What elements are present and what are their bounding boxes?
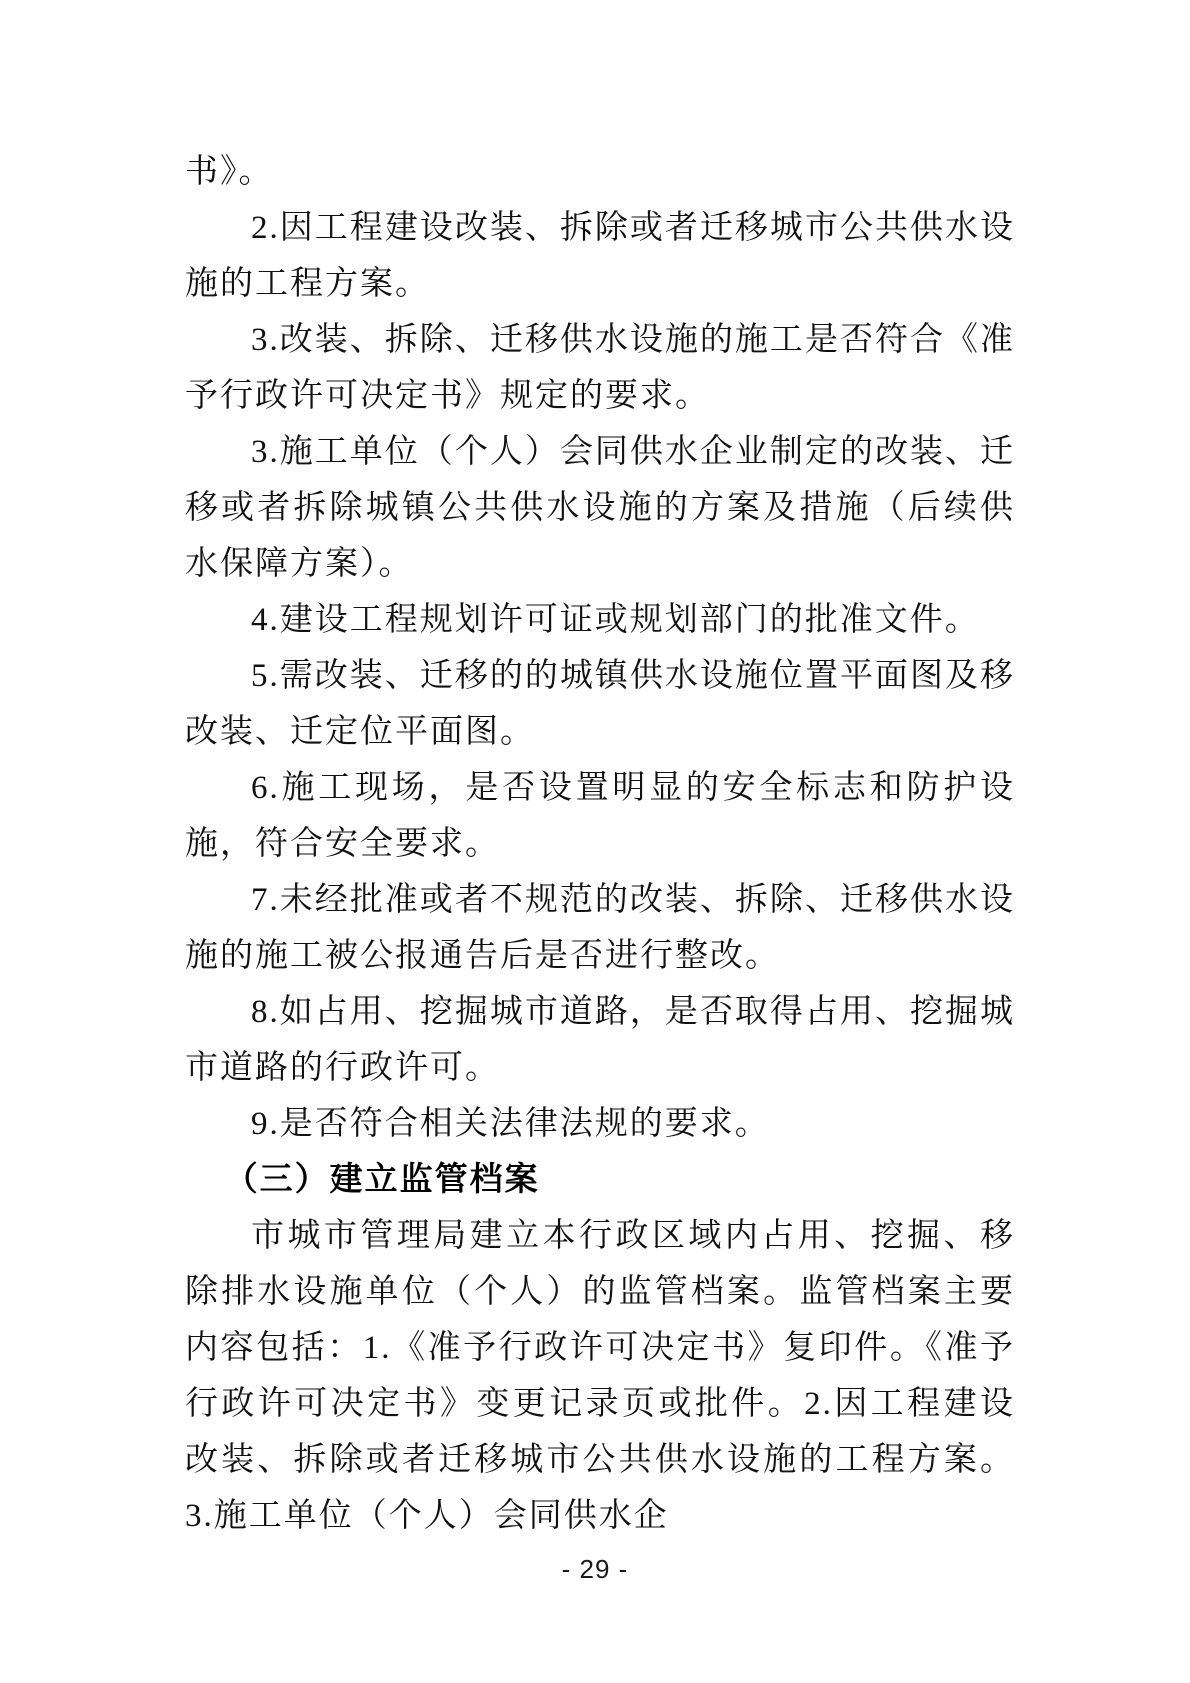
- paragraph: 7.未经批准或者不规范的改装、拆除、迁移供水设施的施工被公报通告后是否进行整改。: [185, 872, 1015, 984]
- document-page: 书》。2.因工程建设改装、拆除或者迁移城市公共供水设施的工程方案。3.改装、拆除…: [0, 0, 1190, 1683]
- section-heading: （三）建立监管档案: [185, 1152, 1015, 1208]
- page-footer: - 29 -: [0, 1552, 1190, 1586]
- paragraph: 3.施工单位（个人）会同供水企业制定的改装、迁移或者拆除城镇公共供水设施的方案及…: [185, 424, 1015, 592]
- paragraph: 4.建设工程规划许可证或规划部门的批准文件。: [185, 592, 1015, 648]
- paragraph: 5.需改装、迁移的的城镇供水设施位置平面图及移改装、迁定位平面图。: [185, 648, 1015, 760]
- page-number: - 29 -: [562, 1554, 629, 1584]
- paragraph: 市城市管理局建立本行政区域内占用、挖掘、移除排水设施单位（个人）的监管档案。监管…: [185, 1208, 1015, 1544]
- paragraph: 2.因工程建设改装、拆除或者迁移城市公共供水设施的工程方案。: [185, 200, 1015, 312]
- document-body: 书》。2.因工程建设改装、拆除或者迁移城市公共供水设施的工程方案。3.改装、拆除…: [185, 144, 1015, 1544]
- paragraph: 8.如占用、挖掘城市道路，是否取得占用、挖掘城市道路的行政许可。: [185, 984, 1015, 1096]
- paragraph: 3.改装、拆除、迁移供水设施的施工是否符合《准予行政许可决定书》规定的要求。: [185, 312, 1015, 424]
- paragraph: 9.是否符合相关法律法规的要求。: [185, 1096, 1015, 1152]
- paragraph: 书》。: [185, 144, 1015, 200]
- paragraph: 6.施工现场，是否设置明显的安全标志和防护设施，符合安全要求。: [185, 760, 1015, 872]
